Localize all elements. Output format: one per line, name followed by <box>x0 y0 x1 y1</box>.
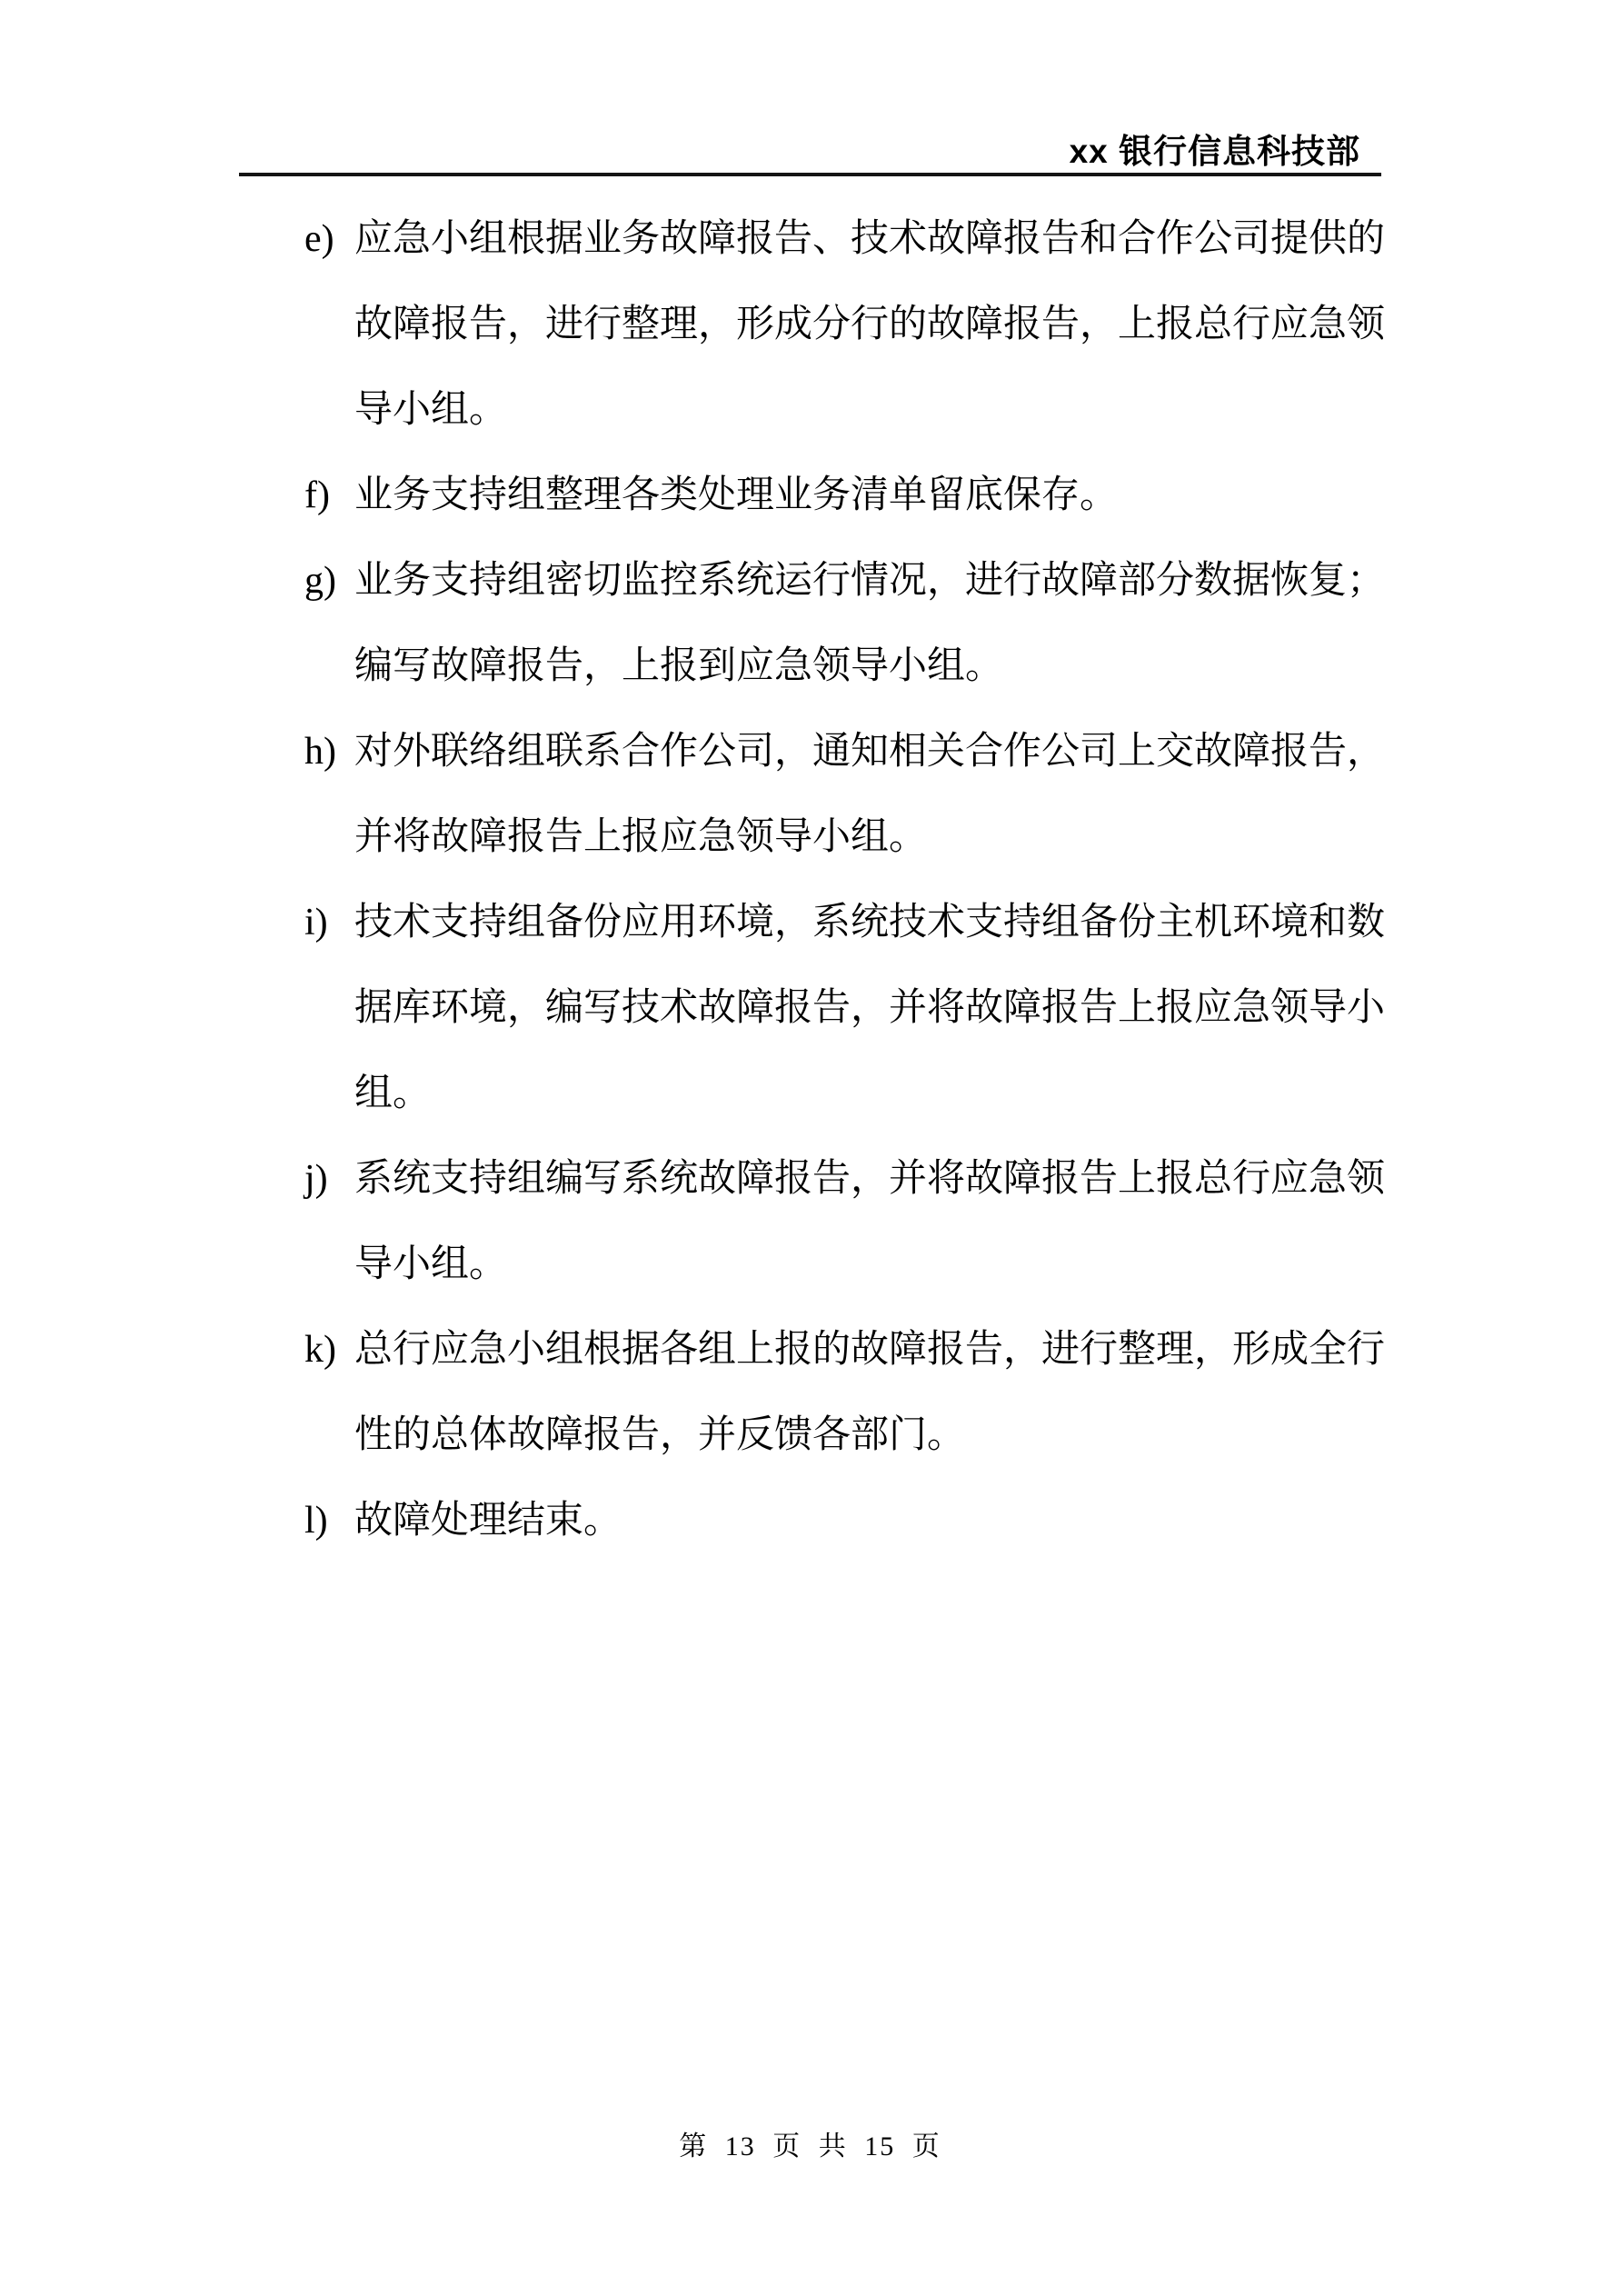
list-item-marker: j) <box>304 1136 354 1222</box>
list-line: i)技术支持组备份应用环境，系统技术支持组备份主机环境和数 <box>304 880 1431 965</box>
document-page: xx 银行信息科技部 e)应急小组根据业务故障报告、技术故障报告和合作公司提供的… <box>0 0 1623 2296</box>
list-line: 编写故障报告，上报到应急领导小组。 <box>304 624 1431 709</box>
header-rule <box>239 173 1381 176</box>
list-item-text: 对外联络组联系合作公司，通知相关合作公司上交故障报告， <box>354 709 1385 794</box>
list-item-text: 业务支持组整理各类处理业务清单留底保存。 <box>354 453 1118 538</box>
list-item-marker: f) <box>304 453 354 538</box>
list-line: e)应急小组根据业务故障报告、技术故障报告和合作公司提供的 <box>304 196 1431 282</box>
list-item-text: 技术支持组备份应用环境，系统技术支持组备份主机环境和数 <box>354 880 1385 965</box>
list-item-text: 据库环境，编写技术故障报告，并将故障报告上报应急领导小 <box>354 965 1385 1051</box>
list-item-marker: h) <box>304 709 354 794</box>
list-line: 据库环境，编写技术故障报告，并将故障报告上报应急领导小 <box>304 965 1431 1051</box>
list-item-marker: i) <box>304 880 354 965</box>
list-item-marker: l) <box>304 1478 354 1563</box>
list-line: j)系统支持组编写系统故障报告，并将故障报告上报总行应急领 <box>304 1136 1431 1222</box>
item-list: e)应急小组根据业务故障报告、技术故障报告和合作公司提供的故障报告，进行整理，形… <box>304 196 1431 1563</box>
list-line: f)业务支持组整理各类处理业务清单留底保存。 <box>304 453 1431 538</box>
list-item-text: 故障报告，进行整理，形成分行的故障报告，上报总行应急领 <box>354 282 1385 367</box>
header-title: xx 银行信息科技部 <box>1070 124 1360 173</box>
list-line: l)故障处理结束。 <box>304 1478 1431 1563</box>
list-line: h)对外联络组联系合作公司，通知相关合作公司上交故障报告， <box>304 709 1431 794</box>
page-number-text: 第 13 页 共 15 页 <box>679 2131 941 2161</box>
list-item-marker: k) <box>304 1307 354 1393</box>
list-item-marker: g) <box>304 538 354 624</box>
list-line: 导小组。 <box>304 1222 1431 1307</box>
list-line: 性的总体故障报告，并反馈各部门。 <box>304 1393 1431 1478</box>
list-line: 故障报告，进行整理，形成分行的故障报告，上报总行应急领 <box>304 282 1431 367</box>
list-line: 组。 <box>304 1051 1431 1136</box>
list-line: g)业务支持组密切监控系统运行情况，进行故障部分数据恢复； <box>304 538 1431 624</box>
list-line: k)总行应急小组根据各组上报的故障报告，进行整理，形成全行 <box>304 1307 1431 1393</box>
list-item-text: 导小组。 <box>354 367 507 453</box>
list-item-marker: e) <box>304 196 354 282</box>
list-item-text: 应急小组根据业务故障报告、技术故障报告和合作公司提供的 <box>354 196 1385 282</box>
list-item-text: 导小组。 <box>354 1222 507 1307</box>
list-line: 导小组。 <box>304 367 1431 453</box>
list-item-text: 业务支持组密切监控系统运行情况，进行故障部分数据恢复； <box>354 538 1385 624</box>
list-item-text: 组。 <box>354 1051 431 1136</box>
list-item-text: 性的总体故障报告，并反馈各部门。 <box>354 1393 965 1478</box>
list-item-text: 故障处理结束。 <box>354 1478 622 1563</box>
list-item-text: 并将故障报告上报应急领导小组。 <box>354 794 927 880</box>
list-item-text: 系统支持组编写系统故障报告，并将故障报告上报总行应急领 <box>354 1136 1385 1222</box>
list-line: 并将故障报告上报应急领导小组。 <box>304 794 1431 880</box>
list-item-text: 编写故障报告，上报到应急领导小组。 <box>354 624 1003 709</box>
list-item-text: 总行应急小组根据各组上报的故障报告，进行整理，形成全行 <box>354 1307 1385 1393</box>
page-footer: 第 13 页 共 15 页 <box>239 2123 1381 2163</box>
